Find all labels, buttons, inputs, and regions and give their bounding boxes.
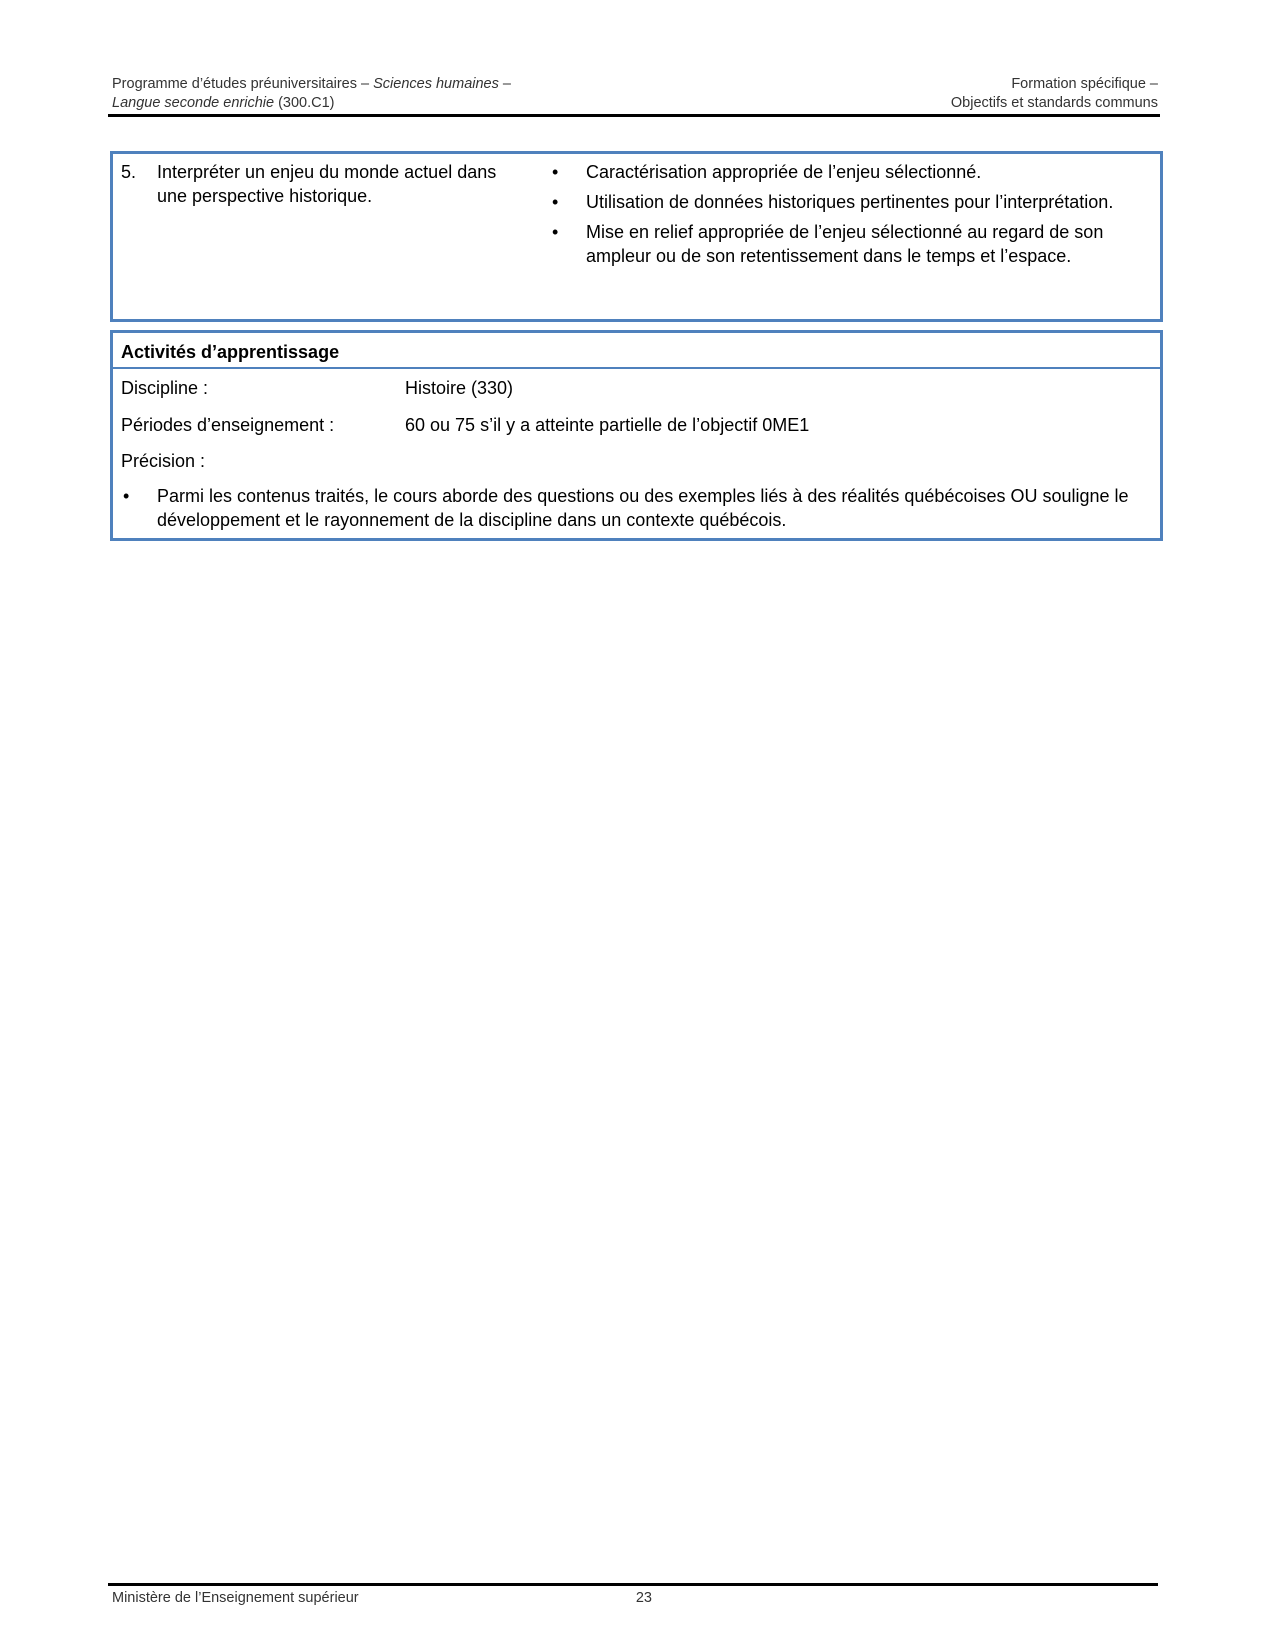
running-header-line-2: Langue seconde enrichie (300.C1) Objecti… bbox=[112, 95, 1158, 113]
header-program-dash: – bbox=[499, 76, 511, 92]
bullet-icon: • bbox=[123, 484, 129, 508]
criterion-text: Utilisation de données historiques perti… bbox=[586, 192, 1113, 212]
criterion-item: •Utilisation de données historiques pert… bbox=[550, 190, 1150, 214]
objective-box: 5. Interpréter un enjeu du monde actuel … bbox=[110, 151, 1163, 322]
bullet-icon: • bbox=[552, 220, 558, 244]
header-program-name: Sciences humaines bbox=[373, 76, 499, 92]
bullet-icon: • bbox=[552, 190, 558, 214]
performance-criteria-list: •Caractérisation appropriée de l’enjeu s… bbox=[550, 160, 1150, 274]
teaching-periods-label: Périodes d’enseignement : bbox=[121, 415, 334, 435]
learning-activities-title: Activités d’apprentissage bbox=[121, 341, 339, 363]
header-program-title: Programme d’études préuniversitaires – S… bbox=[112, 76, 511, 92]
precision-label: Précision : bbox=[121, 451, 205, 471]
header-variant-code: (300.C1) bbox=[274, 95, 334, 111]
criterion-item: •Caractérisation appropriée de l’enjeu s… bbox=[550, 160, 1150, 184]
footer-ministry: Ministère de l’Enseignement supérieur bbox=[112, 1590, 359, 1606]
footer-divider bbox=[108, 1583, 1158, 1586]
precision-row: Précision : bbox=[121, 450, 205, 472]
header-program-variant: Langue seconde enrichie (300.C1) bbox=[112, 95, 335, 111]
page-footer: Ministère de l’Enseignement supérieur 23 bbox=[112, 1590, 652, 1608]
header-divider bbox=[108, 114, 1160, 117]
teaching-periods-value: 60 ou 75 s’il y a atteinte partielle de … bbox=[405, 414, 809, 436]
running-header-line-1: Programme d’études préuniversitaires – S… bbox=[112, 76, 1158, 94]
discipline-value: Histoire (330) bbox=[405, 377, 513, 399]
header-program-prefix: Programme d’études préuniversitaires – bbox=[112, 76, 373, 92]
page-number: 23 bbox=[636, 1590, 652, 1606]
header-section-name: Objectifs et standards communs bbox=[951, 95, 1158, 111]
objective-number: 5. bbox=[121, 160, 136, 184]
precision-text: Parmi les contenus traités, le cours abo… bbox=[157, 486, 1129, 530]
discipline-row: Discipline : Histoire (330) bbox=[121, 377, 208, 399]
precision-item: • Parmi les contenus traités, le cours a… bbox=[121, 484, 1151, 532]
header-variant-name: Langue seconde enrichie bbox=[112, 95, 274, 111]
bullet-icon: • bbox=[552, 160, 558, 184]
learning-activities-box: Activités d’apprentissage Discipline : H… bbox=[110, 330, 1163, 541]
teaching-periods-row: Périodes d’enseignement : 60 ou 75 s’il … bbox=[121, 414, 334, 436]
discipline-label: Discipline : bbox=[121, 378, 208, 398]
section-divider bbox=[113, 367, 1160, 369]
criterion-item: •Mise en relief appropriée de l’enjeu sé… bbox=[550, 220, 1150, 268]
criterion-text: Mise en relief appropriée de l’enjeu sél… bbox=[586, 222, 1103, 266]
header-section-type: Formation spécifique – bbox=[1011, 76, 1158, 92]
criterion-text: Caractérisation appropriée de l’enjeu sé… bbox=[586, 162, 981, 182]
objective-statement: Interpréter un enjeu du monde actuel dan… bbox=[157, 160, 517, 208]
